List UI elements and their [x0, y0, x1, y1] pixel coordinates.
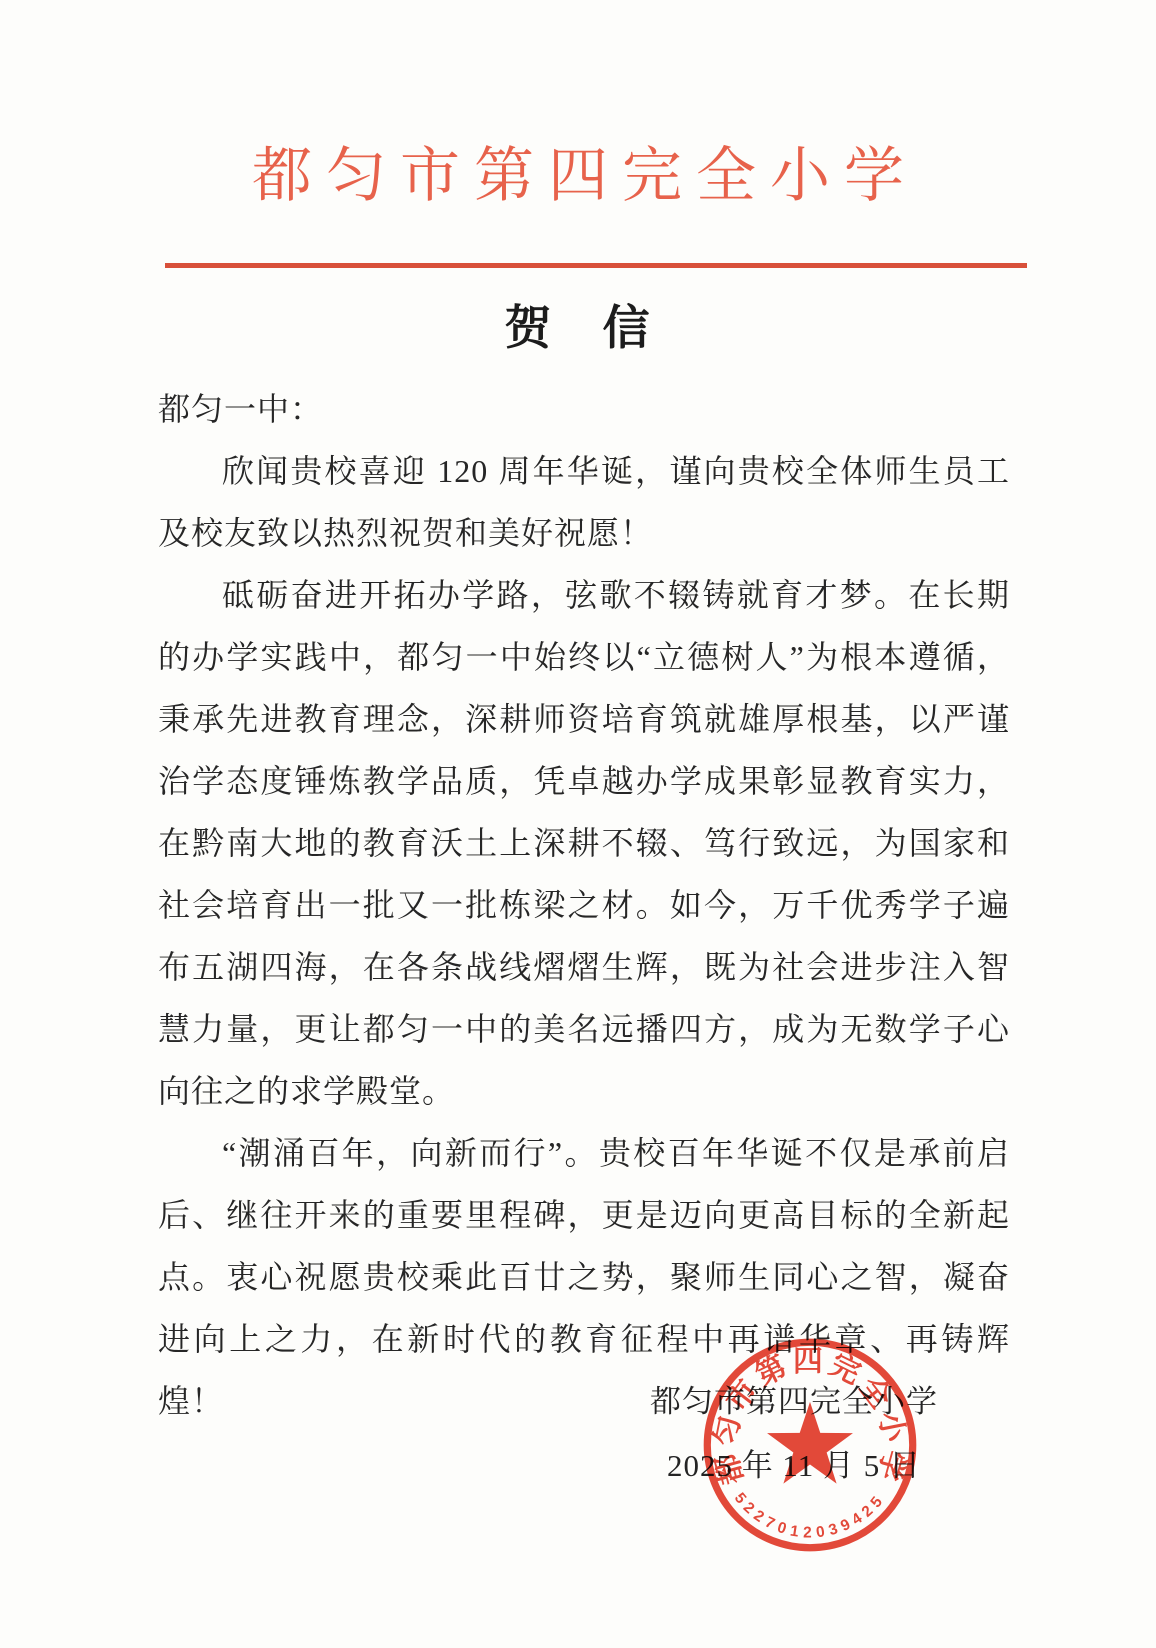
paragraph-1: 欣闻贵校喜迎 120 周年华诞，谨向贵校全体师生员工及校友致以热烈祝贺和美好祝愿… [158, 440, 1010, 564]
letter-title: 贺 信 [0, 291, 1156, 358]
paragraph-2: 砥砺奋进开拓办学路，弦歌不辍铸就育才梦。在长期的办学实践中，都匀一中始终以“立德… [158, 564, 1010, 1122]
signature-name: 都匀市第四完全小学 [648, 1382, 940, 1422]
letterhead-title: 都匀市第四完全小学 [0, 138, 1156, 213]
signature-date: 2025 年 11 月 5 日 [648, 1446, 940, 1486]
letter-body: 都匀一中： 欣闻贵校喜迎 120 周年华诞，谨向贵校全体师生员工及校友致以热烈祝… [158, 378, 1010, 1432]
salutation: 都匀一中： [158, 378, 1010, 440]
seal-serial-number: 5227012039425 [731, 1490, 890, 1542]
signature-block: 都匀市第四完全小学 2025 年 11 月 5 日 [648, 1382, 940, 1486]
letterhead-rule [165, 263, 1027, 268]
letter-page: 都匀市第四完全小学 贺 信 都匀一中： 欣闻贵校喜迎 120 周年华诞，谨向贵校… [0, 0, 1156, 1648]
